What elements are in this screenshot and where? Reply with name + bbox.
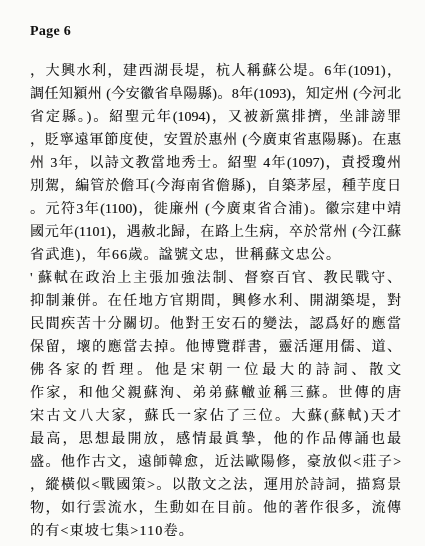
text-line: 州 3年，以詩文教當地秀士。紹聖 4年(1097)，責授瓊州	[30, 152, 401, 175]
text-line: 物，如行雲流水，生動如在目前。他的著作很多，流傳	[30, 497, 401, 520]
text-line: 國元年(1101)，遇赦北歸，在路上生病，卒於常州 (今江蘇	[30, 221, 401, 244]
text-line: 盛。他作古文，遠師韓愈，近法歐陽修，豪放似<莊子>	[30, 451, 401, 474]
text-line: 省武進)，年66歲。諡號文忠，世稱蘇文忠公。	[30, 244, 401, 267]
document-body: ，大興水利，建西湖長堤，杭人稱蘇公堤。6年(1091)，調任知潁州 (今安徽省阜…	[30, 60, 401, 543]
text-line: 。元符3年(1100)，徙廉州 (今廣東省合浦)。徽宗建中靖	[30, 198, 401, 221]
text-line: ，大興水利，建西湖長堤，杭人稱蘇公堤。6年(1091)，	[30, 60, 401, 83]
text-line: 最高，思想最開放，感情最眞摯，他的作品傳誦也最	[30, 428, 401, 451]
text-line: 作家，和他父親蘇洵、弟弟蘇轍並稱三蘇。世傳的唐	[30, 382, 401, 405]
paragraph: ，大興水利，建西湖長堤，杭人稱蘇公堤。6年(1091)，調任知潁州 (今安徽省阜…	[30, 60, 401, 267]
text-line: ，縱橫似<戰國策>。以散文之法，運用於詩詞，描寫景	[30, 474, 401, 497]
text-line: ，貶寧遠軍節度使，安置於惠州 (今廣東省惠陽縣)。在惠	[30, 129, 401, 152]
text-line: 的有<東坡七集>110卷。	[30, 520, 401, 543]
text-line: 抑制兼併。在任地方官期間，興修水利、開湖築堤，對	[30, 290, 401, 313]
paragraph: ' 蘇軾在政治上主張加強法制、督察百官、教民戰守、抑制兼併。在任地方官期間，興修…	[30, 267, 401, 543]
text-line: 佛各家的哲理。他是宋朝一位最大的詩詞、散文	[30, 359, 401, 382]
page-number-label: Page 6	[30, 24, 71, 40]
text-line: ' 蘇軾在政治上主張加強法制、督察百官、教民戰守、	[30, 267, 401, 290]
text-line: 民間疾苦十分關切。他對王安石的變法，認爲好的應當	[30, 313, 401, 336]
text-line: 保留，壞的應當去掉。他博覽群書，靈活運用儒、道、	[30, 336, 401, 359]
text-line: 宋古文八大家，蘇氏一家佔了三位。大蘇(蘇軾)天才	[30, 405, 401, 428]
text-line: 別駕，編管於儋耳(今海南省儋縣)，自築茅屋，種芋度日	[30, 175, 401, 198]
document-page: Page 6 ，大興水利，建西湖長堤，杭人稱蘇公堤。6年(1091)，調任知潁州…	[0, 0, 425, 546]
text-line: 省定縣。)。紹聖元年(1094)，又被新黨排擠，坐誹謗罪	[30, 106, 401, 129]
text-line: 調任知潁州 (今安徽省阜陽縣)。8年(1093)，知定州 (今河北	[30, 83, 401, 106]
